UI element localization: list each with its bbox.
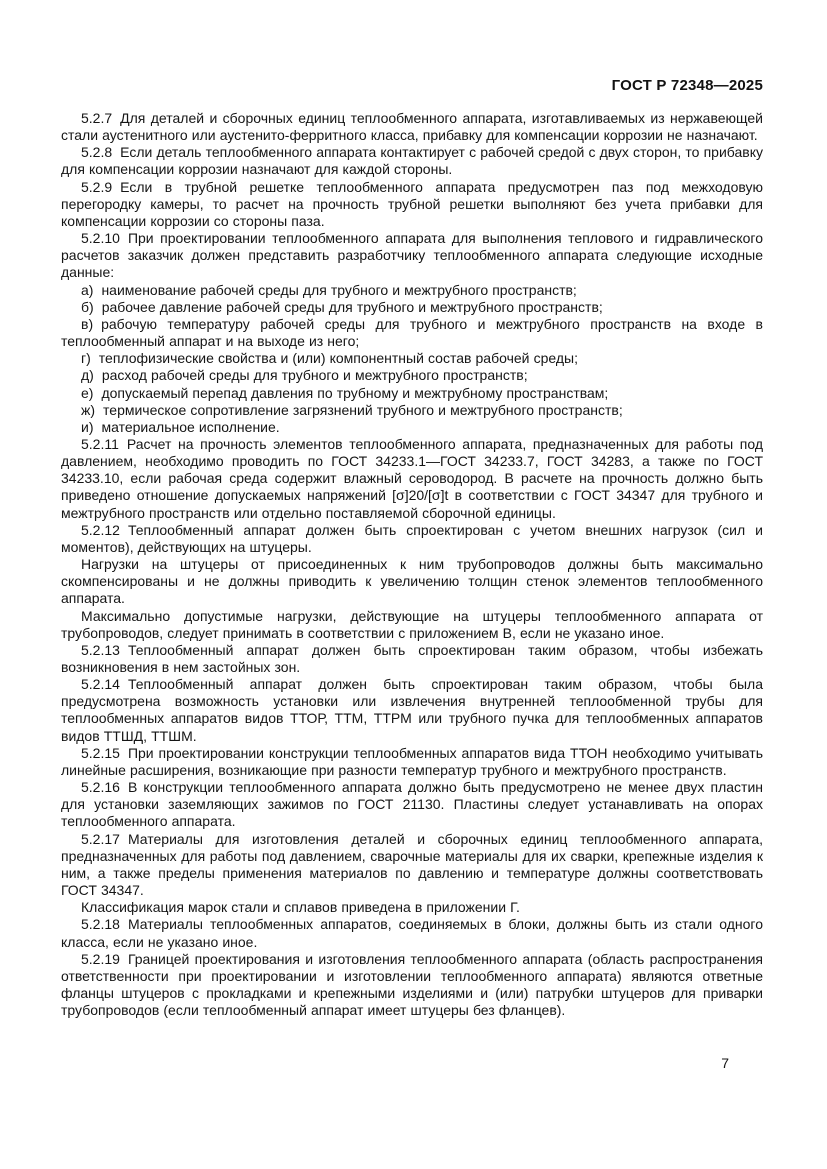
paragraph-text: Классификация марок стали и сплавов прив… (81, 899, 520, 915)
running-header-doc-code: ГОСТ Р 72348—2025 (61, 77, 763, 94)
clause-paragraph: 5.2.19Границей проектирования и изготовл… (61, 951, 763, 1020)
list-item: ж)термическое сопротивление загрязнений … (61, 402, 763, 419)
clause-number: 5.2.11 (81, 436, 119, 452)
list-item: е)допускаемый перепад давления по трубно… (61, 385, 763, 402)
clause-number: 5.2.16 (81, 779, 120, 795)
paragraph-text: теплофизические свойства и (или) компоне… (99, 350, 578, 366)
list-item: в)рабочую температуру рабочей среды для … (61, 316, 763, 350)
paragraph: Максимально допустимые нагрузки, действу… (61, 608, 763, 642)
paragraph-text: Теплообменный аппарат должен быть спроек… (61, 676, 763, 743)
page-number: 7 (61, 1055, 729, 1071)
clause-paragraph: 5.2.12Теплообменный аппарат должен быть … (61, 522, 763, 556)
paragraph-text: Расчет на прочность элементов теплообмен… (61, 436, 763, 521)
paragraph-text: Теплообменный аппарат должен быть спроек… (61, 522, 763, 555)
clause-paragraph: 5.2.15При проектировании конструкции теп… (61, 745, 763, 779)
clause-paragraph: 5.2.10При проектировании теплообменного … (61, 230, 763, 281)
clause-number: г) (81, 350, 91, 366)
clause-number: б) (81, 299, 94, 315)
paragraph-text: При проектировании теплообменного аппара… (61, 230, 763, 280)
clause-number: 5.2.9 (81, 179, 112, 195)
clause-number: 5.2.14 (81, 676, 120, 692)
clause-number: 5.2.10 (81, 230, 120, 246)
paragraph-text: рабочую температуру рабочей среды для тр… (61, 316, 763, 349)
clause-number: а) (81, 282, 93, 298)
clause-number: 5.2.8 (81, 144, 112, 160)
paragraph: Нагрузки на штуцеры от присоединенных к … (61, 556, 763, 607)
paragraph-text: Теплообменный аппарат должен быть спроек… (61, 642, 763, 675)
clause-paragraph: 5.2.11Расчет на прочность элементов тепл… (61, 436, 763, 522)
clause-paragraph: 5.2.17Материалы для изготовления деталей… (61, 831, 763, 900)
clause-number: 5.2.7 (81, 110, 112, 126)
clause-number: ж) (81, 402, 95, 418)
paragraph-text: В конструкции теплообменного аппарата до… (61, 779, 763, 829)
paragraph-text: термическое сопротивление загрязнений тр… (103, 402, 623, 418)
paragraph-text: При проектировании конструкции теплообме… (61, 745, 763, 778)
paragraph-text: Нагрузки на штуцеры от присоединенных к … (61, 556, 763, 606)
paragraph-text: Границей проектирования и изготовления т… (61, 951, 763, 1018)
clause-number: 5.2.12 (81, 522, 120, 538)
clause-number: в) (81, 316, 93, 332)
paragraph-text: Для деталей и сборочных единиц теплообме… (61, 110, 763, 143)
clause-number: 5.2.13 (81, 642, 120, 658)
paragraph-text: Если деталь теплообменного аппарата конт… (61, 144, 763, 177)
paragraph-text: Материалы для изготовления деталей и сбо… (61, 831, 763, 898)
paragraph-text: допускаемый перепад давления по трубному… (101, 385, 608, 401)
paragraph-text: Материалы теплообменных аппаратов, соеди… (61, 916, 763, 949)
document-body: 5.2.7Для деталей и сборочных единиц тепл… (61, 110, 763, 1019)
clause-number: 5.2.15 (81, 745, 120, 761)
list-item: а)наименование рабочей среды для трубног… (61, 282, 763, 299)
paragraph-text: материальное исполнение. (101, 419, 279, 435)
clause-number: д) (81, 367, 94, 383)
paragraph-text: Если в трубной решетке теплообменного ап… (61, 179, 763, 229)
clause-paragraph: 5.2.9Если в трубной решетке теплообменно… (61, 179, 763, 230)
paragraph-text: наименование рабочей среды для трубного … (101, 282, 576, 298)
clause-paragraph: 5.2.18Материалы теплообменных аппаратов,… (61, 916, 763, 950)
clause-paragraph: 5.2.8Если деталь теплообменного аппарата… (61, 144, 763, 178)
clause-number: 5.2.18 (81, 916, 120, 932)
paragraph-text: Максимально допустимые нагрузки, действу… (61, 608, 763, 641)
clause-paragraph: 5.2.14Теплообменный аппарат должен быть … (61, 676, 763, 745)
list-item: и)материальное исполнение. (61, 419, 763, 436)
list-item: г)теплофизические свойства и (или) компо… (61, 350, 763, 367)
paragraph-text: рабочее давление рабочей среды для трубн… (102, 299, 603, 315)
list-item: б)рабочее давление рабочей среды для тру… (61, 299, 763, 316)
clause-number: е) (81, 385, 93, 401)
paragraph-text: расход рабочей среды для трубного и межт… (102, 367, 528, 383)
clause-paragraph: 5.2.16В конструкции теплообменного аппар… (61, 779, 763, 830)
clause-number: 5.2.19 (81, 951, 120, 967)
clause-paragraph: 5.2.13Теплообменный аппарат должен быть … (61, 642, 763, 676)
clause-paragraph: 5.2.7Для деталей и сборочных единиц тепл… (61, 110, 763, 144)
paragraph: Классификация марок стали и сплавов прив… (61, 899, 763, 916)
clause-number: 5.2.17 (81, 831, 120, 847)
document-page: ГОСТ Р 72348—2025 5.2.7Для деталей и сбо… (0, 0, 827, 1169)
clause-number: и) (81, 419, 93, 435)
list-item: д)расход рабочей среды для трубного и ме… (61, 367, 763, 384)
